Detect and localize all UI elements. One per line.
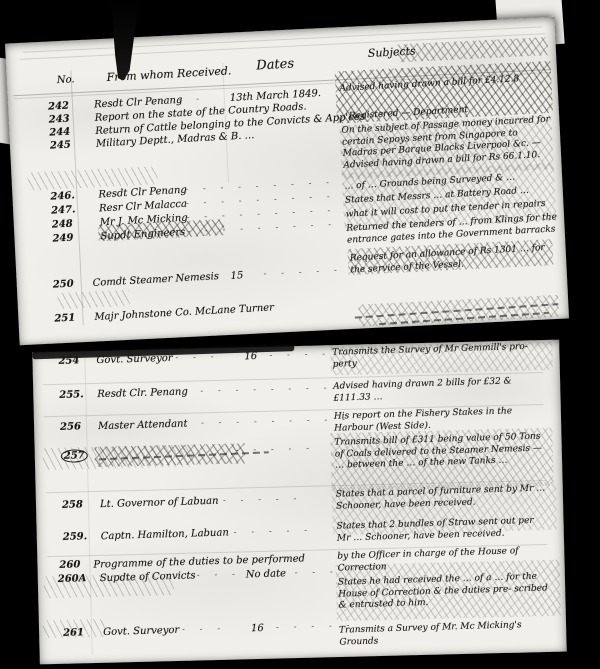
leader-dots: - - - - - - - - - [199, 383, 349, 396]
register-page-bottom: 254 Govt. Surveyor - - - 16 - - - - - 25… [32, 340, 566, 665]
row-date: No date [246, 568, 287, 580]
row-date: 16 [251, 623, 264, 634]
row-number: 242 [48, 101, 69, 113]
row-from: Govt. Surveyor [96, 353, 172, 366]
row-number: 249 [52, 232, 73, 244]
row-date: 15 [230, 270, 243, 282]
pencil-mark [43, 619, 105, 639]
row-number: 260 [59, 559, 80, 571]
row-number: 256 [60, 421, 81, 433]
row-from: Govt. Surveyor [103, 625, 179, 638]
row-number: 258 [62, 499, 83, 511]
scribble-overlay [397, 37, 548, 62]
row-number: 246. [50, 190, 75, 202]
row-number: 243 [48, 113, 69, 125]
row-subject: Transmits a Survey of Mr. Mc Micking's G… [339, 619, 552, 648]
photo-background: No. From whom Received. Dates Subjects 2… [0, 0, 600, 669]
row-number: 255. [59, 389, 84, 401]
row-from: Resdt Clr. Penang [97, 386, 188, 400]
row-subject: Advised having drawn 2 bills for £32 & £… [333, 375, 546, 404]
leader-dots: - - - - - [222, 494, 302, 505]
row-number: 250 [53, 278, 74, 290]
scribble-overlay [335, 61, 553, 123]
leader-dots: - - - - - [262, 265, 342, 278]
row-number: 244 [49, 126, 70, 138]
leader-dots: - - - - - [233, 526, 313, 537]
scribble-overlay [330, 342, 553, 375]
scribble-overlay [336, 560, 561, 621]
scribble-overlay [332, 482, 557, 535]
leader-dots: - - - [294, 567, 338, 577]
column-header-no: No. [57, 74, 75, 86]
pencil-mark [44, 573, 174, 598]
pencil-mark [57, 290, 130, 309]
row-number: 254 [58, 355, 79, 367]
leader-dots: - - - [160, 94, 204, 105]
register-page-top: No. From whom Received. Dates Subjects 2… [5, 17, 569, 346]
row-number: 248 [52, 218, 73, 230]
leader-dots: - - - - - - - - - [200, 415, 350, 428]
row-number: 259. [63, 531, 88, 543]
leader-dots: - - - [196, 569, 240, 579]
column-header-dates: Dates [256, 56, 295, 73]
scribble-overlay [342, 163, 557, 231]
row-from: Lt. Governor of Labuan [100, 496, 219, 511]
row-from: Resdt Clr Penang [98, 185, 187, 201]
row-number: 245 [50, 139, 71, 151]
row-from: Master Attendant [98, 418, 188, 432]
row-number: 247. [51, 204, 76, 216]
leader-dots: - - - [174, 352, 218, 362]
pencil-mark [43, 445, 193, 471]
row-from: Comdt Steamer Nemesis [92, 271, 219, 289]
leader-dots: - - - [181, 624, 225, 634]
row-from: Captn. Hamilton, Labuan [101, 527, 229, 542]
row-date: 16 [244, 351, 257, 362]
row-number: 251 [54, 312, 75, 324]
leader-dots: - - - - - - - - - [184, 178, 334, 194]
